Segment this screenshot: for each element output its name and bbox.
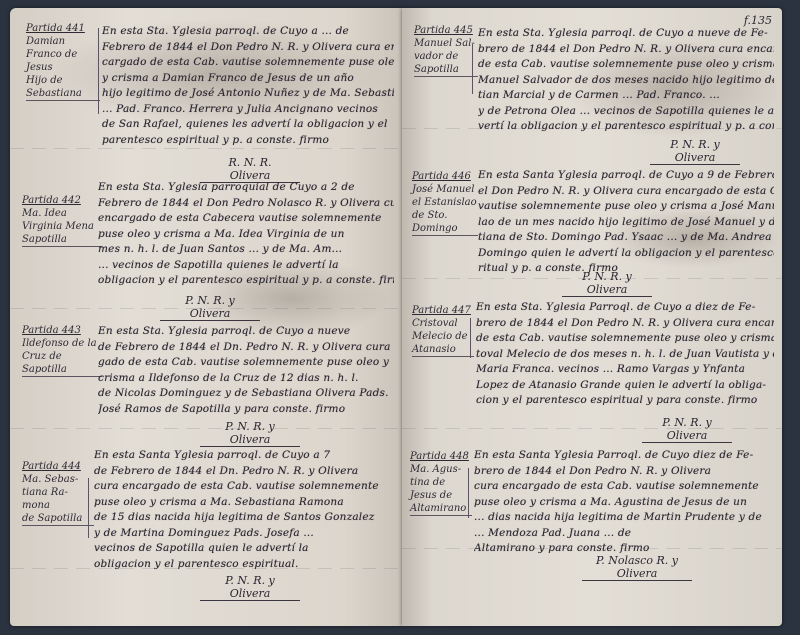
signature: P. N. R. y Olivera (200, 420, 300, 447)
signature: P. N. R. y Olivera (642, 416, 732, 443)
margin-note: Partida 447 Cristoval Melecio de Atanasi… (412, 304, 474, 357)
entry-text: En esta Sta. Yglesia parroql. de Cuyo a … (98, 324, 394, 417)
signature: P. N. R. y Olivera (562, 270, 652, 297)
signature: P. N. R. y Olivera (200, 574, 300, 601)
margin-note: Partida 446 José Manuel el Estanislao de… (412, 170, 478, 236)
signature: P. N. R. y Olivera (160, 294, 260, 321)
open-register-book: Partida 441 Damian Franco de Jesus Hijo … (10, 8, 790, 628)
signature: R. N. R. Olivera (200, 156, 300, 183)
margin-note: Partida 441 Damian Franco de Jesus Hijo … (26, 22, 100, 101)
entry-text: En esta Sta. Yglesia parroql. de Cuyo a … (478, 26, 774, 135)
entry-text: En esta Santa Yglesia parroql. de Cuyo a… (478, 168, 774, 277)
right-page: f.135 Partida 445 Manuel Sal- vador de S… (402, 8, 782, 626)
margin-note: Partida 445 Manuel Sal- vador de Sapotil… (414, 24, 478, 77)
margin-note: Partida 443 Ildefonso de la Cruz de Sapo… (22, 324, 102, 377)
margin-note: Partida 444 Ma. Sebas- tiana Ra- mona de… (22, 460, 94, 526)
margin-note: Partida 442 Ma. Idea Virginia Mena Sapot… (22, 194, 102, 247)
margin-note: Partida 448 Ma. Agus- tina de Jesus de A… (410, 450, 472, 516)
entry-text: En esta Sta. Yglesia parroquial de Cuyo … (98, 180, 394, 289)
entry-text: En esta Sta. Yglesia parroql. de Cuyo a … (102, 24, 394, 148)
signature: P. Nolasco R. y Olivera (582, 554, 692, 581)
left-page: Partida 441 Damian Franco de Jesus Hijo … (10, 8, 402, 626)
signature: P. N. R. y Olivera (650, 138, 740, 165)
entry-text: En esta Santa Yglesia parroql. de Cuyo a… (94, 448, 394, 572)
entry-text: En esta Santa Yglesia Parroql. de Cuyo d… (474, 448, 774, 557)
entry-text: En esta Sta. Yglesia Parroql. de Cuyo a … (476, 300, 774, 409)
